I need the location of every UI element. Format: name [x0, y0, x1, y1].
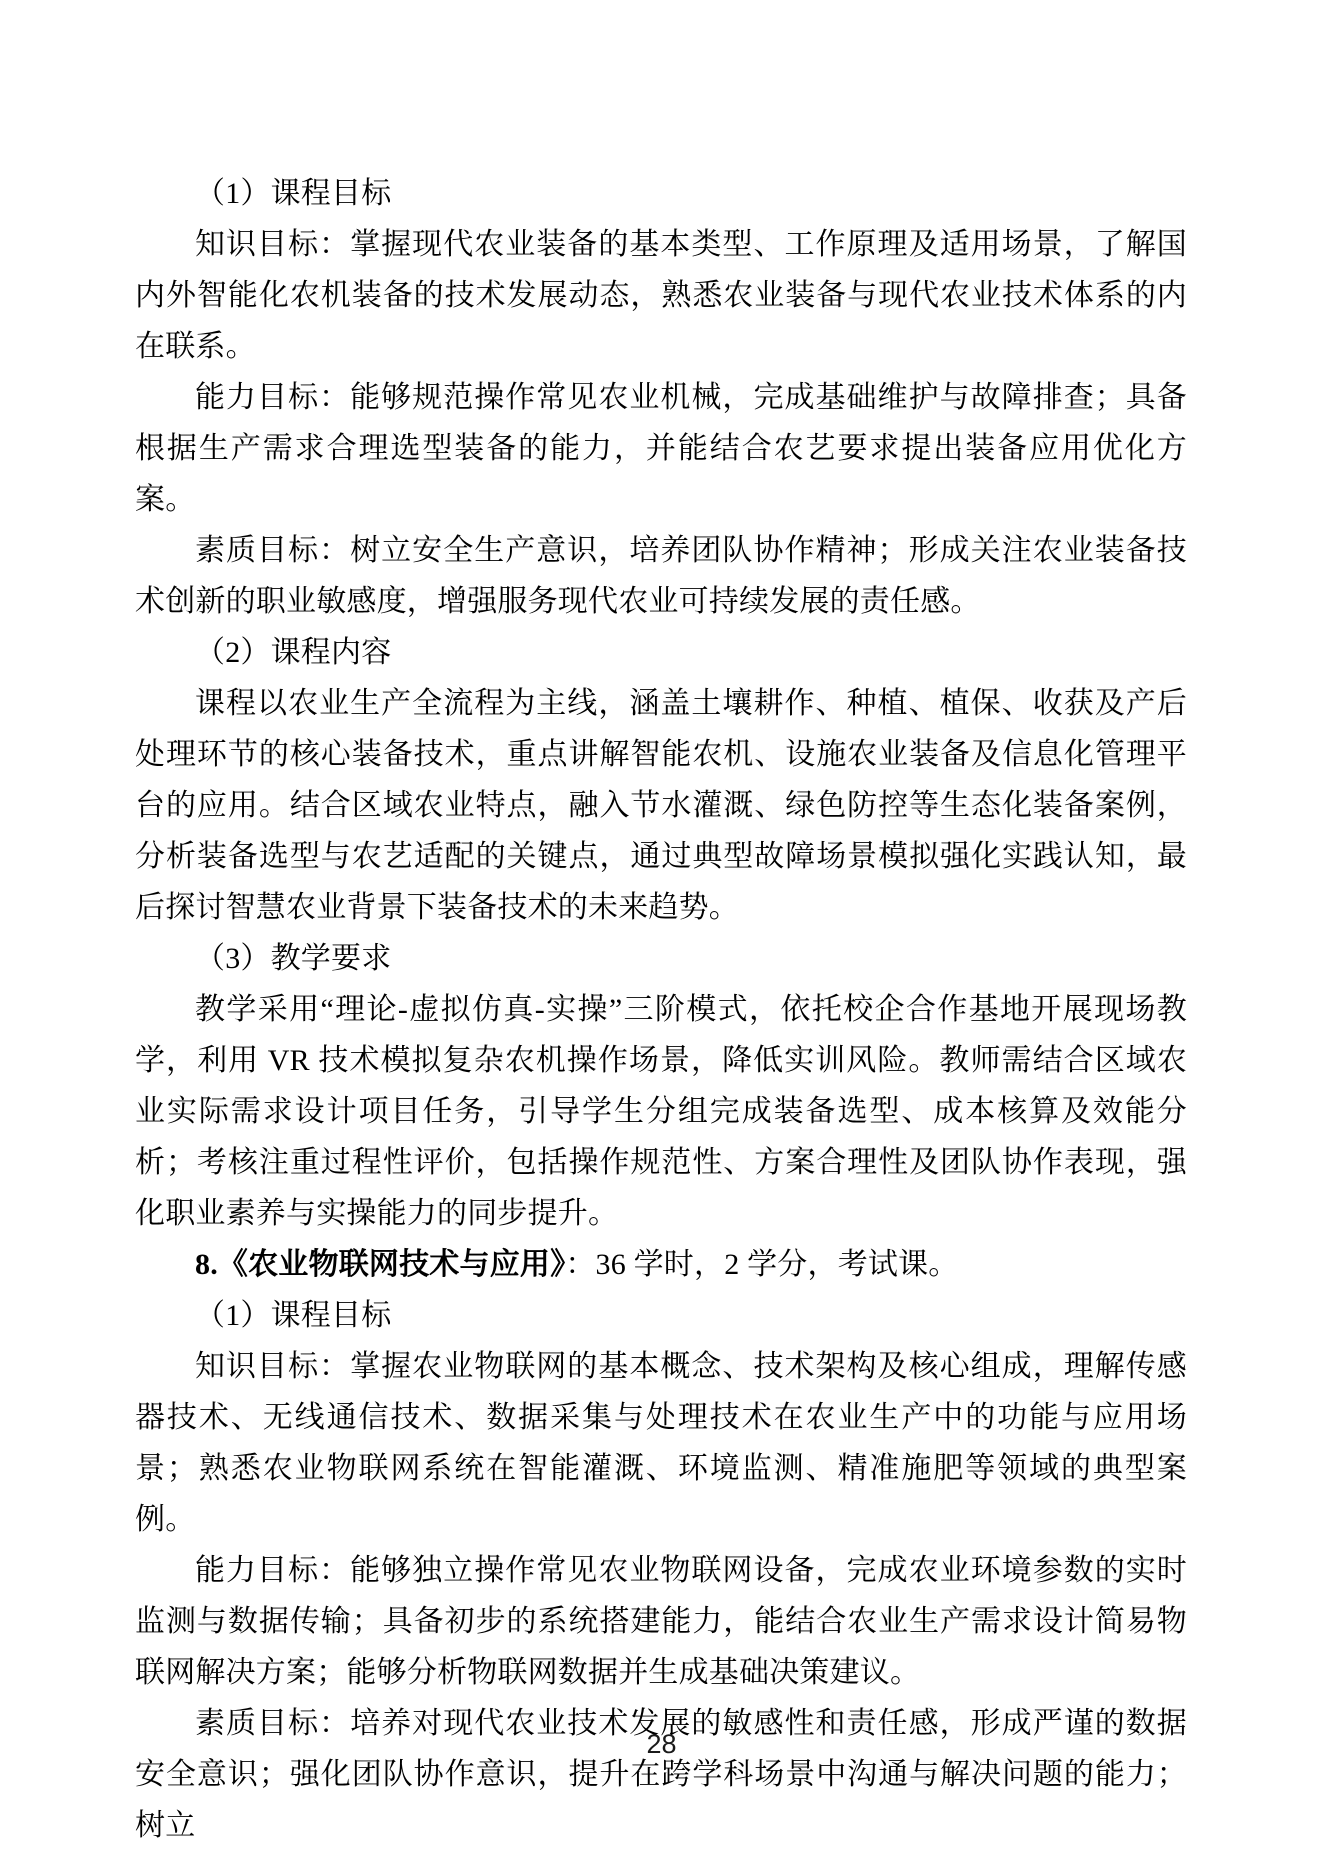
paragraph: 知识目标：掌握现代农业装备的基本类型、工作原理及适用场景，了解国内外智能化农机装…	[135, 219, 1187, 372]
paragraph: 知识目标：掌握农业物联网的基本概念、技术架构及核心组成，理解传感器技术、无线通信…	[135, 1341, 1187, 1545]
paragraph: 课程以农业生产全流程为主线，涵盖土壤耕作、种植、植保、收获及产后处理环节的核心装…	[135, 678, 1187, 933]
paragraph: 教学采用“理论-虚拟仿真-实操”三阶模式，依托校企合作基地开展现场教学，利用 V…	[135, 984, 1187, 1239]
paragraph: 能力目标：能够独立操作常见农业物联网设备，完成农业环境参数的实时监测与数据传输；…	[135, 1545, 1187, 1698]
section-heading: （1）课程目标	[135, 1290, 1187, 1341]
course-title: 8.《农业物联网技术与应用》：36 学时，2 学分，考试课。	[135, 1239, 1187, 1290]
section-heading: （3）教学要求	[135, 933, 1187, 984]
section-heading: （2）课程内容	[135, 627, 1187, 678]
paragraph: 素质目标：树立安全生产意识，培养团队协作精神；形成关注农业装备技术创新的职业敏感…	[135, 525, 1187, 627]
document-page: （1）课程目标知识目标：掌握现代农业装备的基本类型、工作原理及适用场景，了解国内…	[0, 0, 1323, 1871]
course-title-bold: 8.《农业物联网技术与应用》	[195, 1248, 565, 1281]
course-title-rest: ：36 学时，2 学分，考试课。	[565, 1248, 958, 1281]
paragraph: 素质目标：培养对现代农业技术发展的敏感性和责任感，形成严谨的数据安全意识；强化团…	[135, 1698, 1187, 1851]
page-number: 28	[0, 1728, 1323, 1760]
section-heading: （1）课程目标	[135, 168, 1187, 219]
paragraph: 能力目标：能够规范操作常见农业机械，完成基础维护与故障排查；具备根据生产需求合理…	[135, 372, 1187, 525]
document-body: （1）课程目标知识目标：掌握现代农业装备的基本类型、工作原理及适用场景，了解国内…	[135, 168, 1187, 1851]
